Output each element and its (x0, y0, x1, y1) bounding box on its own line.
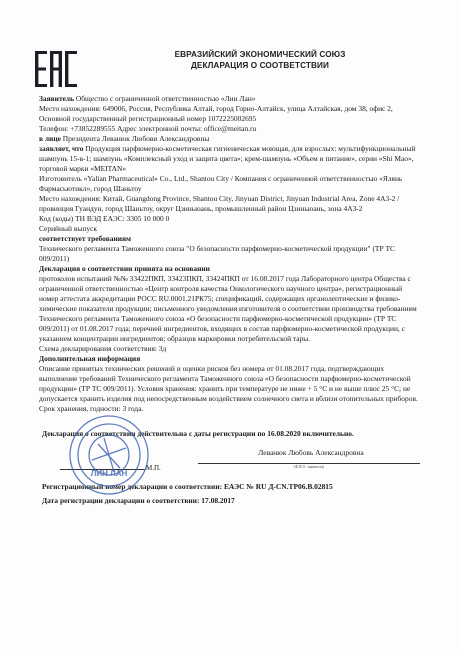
applicant-contacts: Телефон: +73852289555 Адрес электронной … (39, 124, 419, 134)
eac-logo (35, 51, 77, 87)
signer-line (198, 463, 420, 464)
manufacturer-address: Место нахождения: Китай, Guangdong Provi… (39, 194, 419, 214)
customs-code: Код (коды) ТН ВЭД ЕАЭС: 3305 10 000 0 (39, 214, 419, 224)
additional-info-label: Дополнительная информация (39, 354, 419, 364)
applicant-label: Заявитель (39, 94, 74, 103)
signer-name: Леванюк Любовь Александровна (200, 448, 422, 457)
product-description: Продукция парфюмерно-косметическая гигие… (39, 144, 415, 173)
applicant-person: в лице Президента Леванюк Любови Алексан… (39, 134, 419, 144)
declares-line: заявляет, что Продукция парфюмерно-косме… (39, 144, 419, 174)
declares-label: заявляет, что (39, 144, 83, 153)
additional-info-text: Описание принятых технических решений и … (39, 364, 419, 414)
applicant-address: Место нахождения: 649006, Россия, Респуб… (39, 104, 419, 124)
stamp-text: ЛИН ЛАН (91, 469, 128, 478)
signer-caption: (Ф.И.О. заявителя) (198, 465, 420, 469)
declaration-body: Заявитель Общество с ограниченной ответс… (39, 94, 419, 414)
company-stamp-icon: ЛИН ЛАН (68, 414, 150, 496)
applicant-name: Общество с ограниченной ответственностью… (74, 94, 255, 103)
manufacturer: Изготовитель «Yalian Pharmaceutical» Co.… (39, 174, 419, 194)
conforms-text: Технического регламента Таможенного союз… (39, 244, 419, 264)
serial-production: Серийный выпуск (39, 224, 419, 234)
person-name: Президента Леванюк Любови Александровны (61, 134, 210, 143)
header-union-title: ЕВРАЗИЙСКИЙ ЭКОНОМИЧЕСКИЙ СОЮЗ (140, 49, 380, 60)
header-declaration-title: ДЕКЛАРАЦИЯ О СООТВЕТСТВИИ (140, 60, 380, 71)
eac-mark-icon (35, 51, 77, 87)
applicant-line: Заявитель Общество с ограниченной ответс… (39, 94, 419, 104)
conforms-label: соответствует требованиям (39, 234, 419, 244)
document-header: ЕВРАЗИЙСКИЙ ЭКОНОМИЧЕСКИЙ СОЮЗ ДЕКЛАРАЦИ… (140, 49, 380, 71)
basis-label: Декларация о соответствии принята на осн… (39, 264, 419, 274)
basis-text: протоколов испытаний №№ 33422ПКП, 33423П… (39, 274, 419, 344)
registration-date: Дата регистрации декларации о соответств… (42, 496, 235, 505)
declaration-scheme: Схема декларирования соответствия: 3д (39, 344, 419, 354)
person-label: в лице (39, 134, 61, 143)
